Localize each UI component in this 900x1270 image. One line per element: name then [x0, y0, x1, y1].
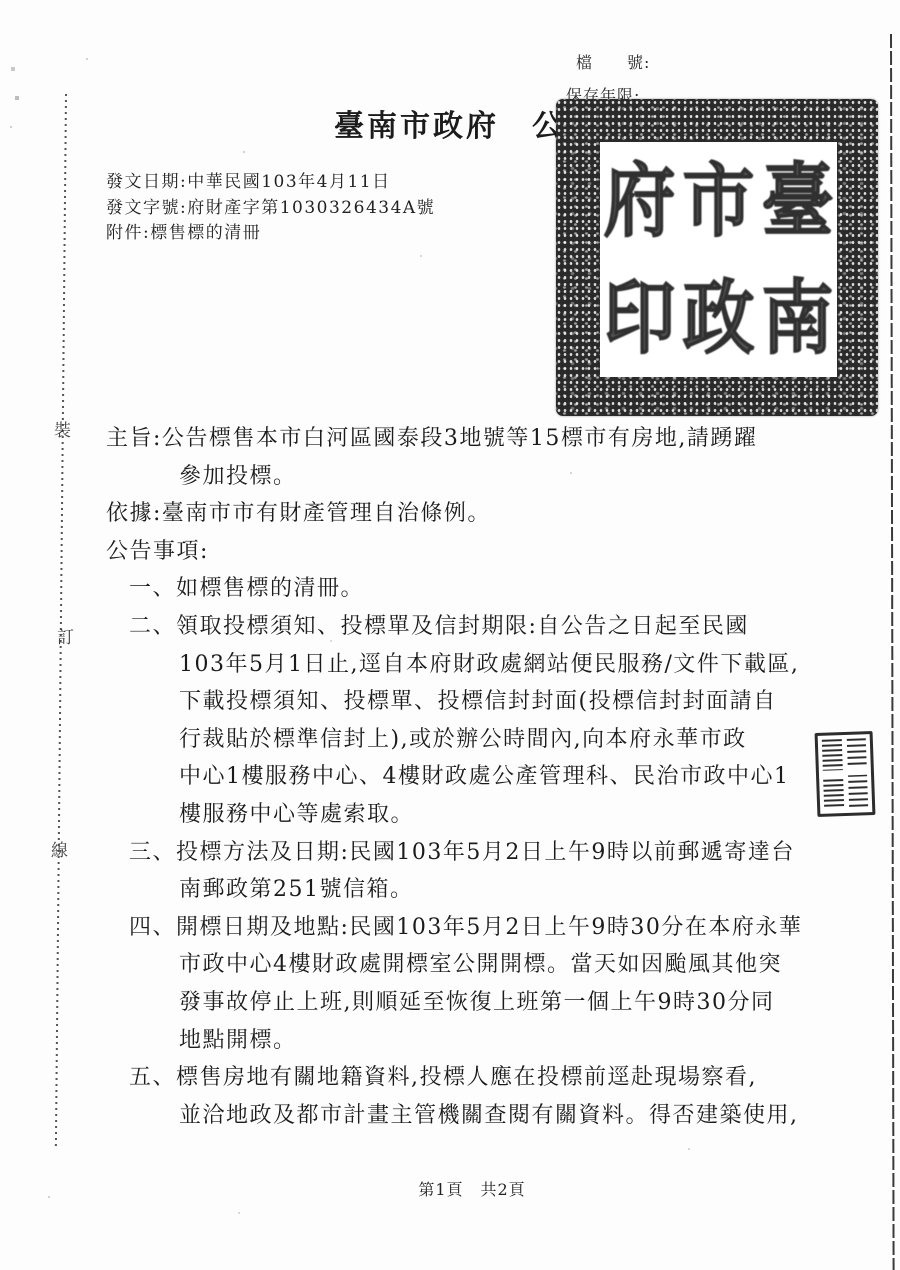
doc-number: 發文字號:府財產字第1030326434A號 [106, 196, 435, 222]
body-line: 依據:臺南市市有財產管理自治條例。 [0, 495, 900, 533]
official-seal-characters: 府市臺印政南 [600, 142, 837, 377]
body-line: 103年5月1日止,逕自本府財政處網站便民服務/文件下載區, [0, 646, 900, 684]
seal-script-character: 臺 [761, 160, 833, 241]
doc-meta: 發文日期:中華民國103年4月11日 發文字號:府財產字第1030326434A… [106, 170, 435, 247]
page-footer: 第1頁 共2頁 [42, 1177, 900, 1200]
body-line: 並洽地政及都市計畫主管機關查閱有關資料。得否建築使用, [0, 1097, 900, 1135]
file-number-label: 檔 號: [576, 50, 650, 73]
body-line: 四、開標日期及地點:民國103年5月2日上午9時30分在本府永華 [0, 909, 900, 947]
seal-script-character: 南 [761, 278, 833, 359]
small-joint-seal-icon [815, 731, 876, 817]
small-seal-stripes [822, 739, 844, 810]
attachment-label: 附件:標售標的清冊 [106, 221, 435, 247]
body-line: 樓服務中心等處索取。 [0, 796, 900, 834]
body-line: 發事故停止上班,則順延至恢復上班第一個上午9時30分同 [0, 984, 900, 1022]
body-line: 二、領取投標須知、投標單及信封期限:自公告之日起至民國 [0, 608, 900, 646]
body-line: 市政中心4樓財政處開標室公開開標。當天如因颱風其他突 [0, 946, 900, 984]
seal-script-character: 市 [682, 160, 754, 241]
body-line: 南郵政第251號信箱。 [0, 871, 900, 909]
body-line: 行裁貼於標準信封上),或於辦公時間內,向本府永華市政 [0, 721, 900, 759]
announcement-body: 主旨:公告標售本市白河區國泰段3地號等15標市有房地,請踴躍參加投標。依據:臺南… [0, 420, 900, 1134]
body-line: 五、標售房地有關地籍資料,投標人應在投標前逕赴現場察看, [0, 1059, 900, 1097]
announcement-page: 檔 號: 保存年限: 臺南市政府 公告 發文日期:中華民國103年4月11日 發… [0, 0, 900, 1270]
scan-noise [0, 0, 2, 2]
body-line: 下載投標須知、投標單、投標信封封面(投標信封封面請自 [0, 683, 900, 721]
seal-script-character: 印 [603, 278, 675, 359]
body-line: 地點開標。 [0, 1022, 900, 1060]
body-line: 參加投標。 [0, 458, 900, 496]
small-seal-stripes [846, 738, 868, 809]
official-seal: 府市臺印政南 [556, 99, 878, 416]
body-line: 中心1樓服務中心、4樓財政處公產管理科、民治市政中心1 [0, 758, 900, 796]
binding-char-xian: 線 [51, 836, 68, 861]
seal-script-character: 政 [682, 278, 754, 359]
body-line: 一、如標售標的清冊。 [0, 570, 900, 608]
binding-char-ding: 訂 [57, 623, 74, 648]
body-line: 三、投標方法及日期:民國103年5月2日上午9時以前郵遞寄達台 [0, 834, 900, 872]
body-line: 公告事項: [0, 533, 900, 571]
binding-char-zhuang: 裝 [54, 416, 71, 441]
seal-script-character: 府 [603, 160, 675, 241]
body-line: 主旨:公告標售本市白河區國泰段3地號等15標市有房地,請踴躍 [0, 420, 900, 458]
issue-date: 發文日期:中華民國103年4月11日 [106, 170, 435, 196]
